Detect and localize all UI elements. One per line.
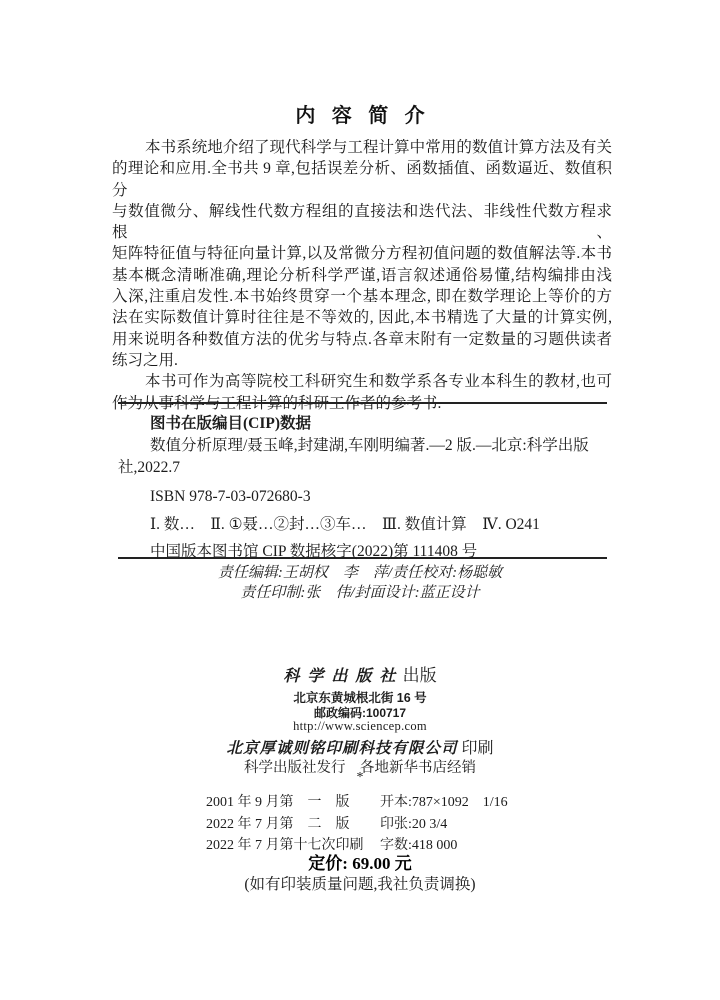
edition-info: 2001 年 9 月第 一 版 [206, 792, 380, 814]
separator-asterisk: * [0, 770, 720, 786]
intro-line: 的理论和应用.全书共 9 章,包括误差分析、函数插值、函数逼近、数值积分 [112, 158, 612, 201]
edition-info: 2022 年 7 月第 二 版 [206, 814, 380, 836]
intro-line: 本书系统地介绍了现代科学与工程计算中常用的数值计算方法及有关 [112, 137, 612, 158]
copyright-page: 内容简介 本书系统地介绍了现代科学与工程计算中常用的数值计算方法及有关 的理论和… [0, 0, 720, 1000]
cip-title-line-2: 社,2022.7 [118, 457, 607, 479]
publisher-line: 科学出版社 出版 [0, 661, 720, 686]
publisher-url: http://www.sciencep.com [0, 719, 720, 734]
page-title-wrap: 内容简介 [0, 99, 720, 128]
printer-name: 北京厚诚则铭印刷科技有限公司 [226, 740, 457, 757]
cip-classification: Ⅰ. 数… Ⅱ. ①聂…②封…③车… Ⅲ. 数值计算 Ⅳ. O241 [150, 514, 607, 536]
staff-credits: 责任编辑:王胡权 李 萍/责任校对:杨聪敏 责任印制:张 伟/封面设计:蓝正设计 [0, 564, 720, 603]
content-introduction: 本书系统地介绍了现代科学与工程计算中常用的数值计算方法及有关 的理论和应用.全书… [112, 137, 612, 414]
intro-line: 矩阵特征值与特征向量计算,以及常微分方程初值问题的数值解法等.本书 [112, 243, 612, 264]
cip-record-number: 中国版本图书馆 CIP 数据核字(2022)第 111408 号 [150, 541, 607, 563]
publisher-logo: 科学出版社 [283, 668, 403, 685]
credits-printing: 责任印制:张 伟/封面设计:蓝正设计 [0, 584, 720, 604]
print-label: 印刷 [462, 740, 494, 757]
intro-line: 本书可作为高等院校工科研究生和数学系各专业本科生的教材,也可 [112, 371, 612, 392]
edition-row: 2022 年 7 月第 二 版 印张:20 3/4 [206, 814, 526, 836]
page-title: 内容简介 [295, 99, 441, 128]
intro-line: 练习之用. [112, 350, 612, 371]
publish-label: 出版 [403, 666, 437, 685]
intro-line: 入深,注重启发性.本书始终贯穿一个基本理念, 即在数学理论上等价的方 [112, 286, 612, 307]
format-info: 开本:787×1092 1/16 [380, 792, 526, 814]
intro-line: 基本概念清晰准确,理论分析科学严谨,语言叙述通俗易懂,结构编排由浅 [112, 265, 612, 286]
intro-line: 与数值微分、解线性代数方程组的直接法和迭代法、非线性代数方程求根、 [112, 201, 612, 244]
intro-line: 用来说明各种数值方法的优劣与特点.各章末附有一定数量的习题供读者 [112, 329, 612, 350]
cip-title-line: 数值分析原理/聂玉峰,封建湖,车刚明编著.—2 版.—北京:科学出版 [150, 435, 607, 457]
sheets-info: 印张:20 3/4 [380, 814, 526, 836]
price: 定价: 69.00 元 [0, 849, 720, 874]
printer-line: 北京厚诚则铭印刷科技有限公司 印刷 [0, 735, 720, 758]
isbn-number: ISBN 978-7-03-072680-3 [150, 486, 607, 508]
credits-editors: 责任编辑:王胡权 李 萍/责任校对:杨聪敏 [0, 564, 720, 584]
edition-details: 2001 年 9 月第 一 版 开本:787×1092 1/16 2022 年 … [206, 792, 526, 857]
cip-data-block: 图书在版编目(CIP)数据 数值分析原理/聂玉峰,封建湖,车刚明编著.—2 版.… [118, 402, 607, 559]
cip-header: 图书在版编目(CIP)数据 [150, 413, 607, 435]
edition-row: 2001 年 9 月第 一 版 开本:787×1092 1/16 [206, 792, 526, 814]
intro-line: 法在实际数值计算时往往是不等效的, 因此,本书精选了大量的计算实例, [112, 307, 612, 328]
quality-note: (如有印装质量问题,我社负责调换) [0, 872, 720, 894]
